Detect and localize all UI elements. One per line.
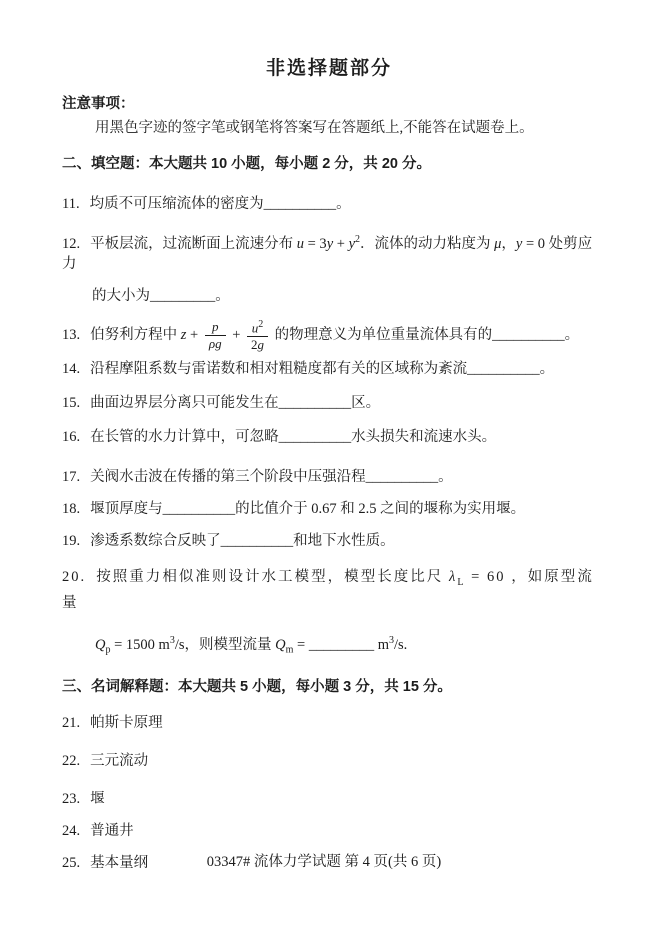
question-row: 22.三元流动 (62, 751, 596, 771)
question-number: 15. (62, 395, 80, 411)
math-variable: y (327, 236, 333, 252)
page-footer: 03347# 流体力学试题 第 4 页(共 6 页) (0, 852, 648, 872)
page-title: 非选择题部分 (62, 56, 596, 82)
math-suberscript: m (286, 645, 294, 656)
math-variable: g (258, 337, 265, 352)
term-questions: 21.帕斯卡原理22.三元流动23.堰24.普通井25.基本量纲 (62, 713, 596, 873)
question-row: 20.按照重力相似准则设计水工模型，模型长度比尺 λL = 60 ，如原型流量Q… (62, 567, 596, 661)
question-row: 16.在长管的水力计算中，可忽略__________水头损失和流速水头。 (62, 427, 596, 447)
math-variable: Q (95, 637, 105, 653)
question-line: 16.在长管的水力计算中，可忽略__________水头损失和流速水头。 (62, 427, 596, 447)
question-line: 13.伯努利方程中 z + pρg + u22g 的物理意义为单位重量流体具有的… (62, 320, 596, 352)
math-variable: Q (275, 637, 285, 653)
math-superscript: 2 (355, 234, 360, 245)
question-line: 20.按照重力相似准则设计水工模型，模型长度比尺 λL = 60 ，如原型流量 (62, 567, 596, 613)
math-fraction: u22g (247, 320, 268, 352)
question-number: 14. (62, 361, 80, 377)
notes-body: 用黑色字迹的签字笔或钢笔将答案写在答题纸上,不能答在试题卷上。 (62, 118, 596, 138)
question-line: 23.堰 (62, 789, 596, 809)
fill-blank-questions: 11.均质不可压缩流体的密度为__________。12.平板层流，过流断面上流… (62, 194, 596, 661)
question-row: 14.沿程摩阻系数与雷诺数和相对粗糙度都有关的区域称为紊流__________。 (62, 359, 596, 379)
math-suberscript: L (457, 577, 465, 588)
question-row: 15.曲面边界层分离只可能发生在__________区。 (62, 393, 596, 413)
question-row: 24.普通井 (62, 821, 596, 841)
question-number: 13. (62, 327, 80, 343)
question-number: 18. (62, 501, 80, 517)
math-variable: μ (494, 236, 501, 252)
question-line: 24.普通井 (62, 821, 596, 841)
question-number: 19. (62, 533, 80, 549)
math-superscript: 3 (170, 635, 175, 646)
question-row: 23.堰 (62, 789, 596, 809)
question-number: 23. (62, 791, 80, 807)
math-variable: u (297, 236, 304, 252)
question-row: 19.渗透系数综合反映了__________和地下水性质。 (62, 531, 596, 551)
question-number: 24. (62, 823, 80, 839)
math-fraction: pρg (205, 320, 226, 350)
question-number: 20. (62, 569, 86, 585)
question-line: 14.沿程摩阻系数与雷诺数和相对粗糙度都有关的区域称为紊流__________。 (62, 359, 596, 379)
question-row: 11.均质不可压缩流体的密度为__________。 (62, 194, 596, 214)
question-line: 的大小为_________。 (62, 286, 596, 306)
question-line: 15.曲面边界层分离只可能发生在__________区。 (62, 393, 596, 413)
question-row: 17.关阀水击波在传播的第三个阶段中压强沿程__________。 (62, 467, 596, 487)
section-heading-fill-blank: 二、填空题：本大题共 10 小题，每小题 2 分，共 20 分。 (62, 154, 596, 174)
math-variable: y (516, 236, 522, 252)
question-row: 13.伯努利方程中 z + pρg + u22g 的物理意义为单位重量流体具有的… (62, 320, 596, 352)
question-number: 17. (62, 469, 80, 485)
math-variable: ρg (209, 336, 222, 351)
math-suberscript: p (105, 645, 110, 656)
question-line: 22.三元流动 (62, 751, 596, 771)
question-row: 21.帕斯卡原理 (62, 713, 596, 733)
question-line: 11.均质不可压缩流体的密度为__________。 (62, 194, 596, 214)
question-number: 22. (62, 753, 80, 769)
question-line: 21.帕斯卡原理 (62, 713, 596, 733)
section-heading-terms: 三、名词解释题：本大题共 5 小题，每小题 3 分，共 15 分。 (62, 677, 596, 697)
question-line: 12.平板层流，过流断面上流速分布 u = 3y + y2．流体的动力粘度为 μ… (62, 230, 596, 274)
math-variable: z (181, 327, 187, 343)
math-variable: p (212, 319, 219, 334)
question-line: Qp = 1500 m3/s，则模型流量 Qm = _________ m3/s… (62, 631, 596, 661)
question-row: 18.堰顶厚度与__________的比值介于 0.67 和 2.5 之间的堰称… (62, 499, 596, 519)
question-row: 12.平板层流，过流断面上流速分布 u = 3y + y2．流体的动力粘度为 μ… (62, 230, 596, 306)
question-number: 12. (62, 236, 80, 252)
question-line: 18.堰顶厚度与__________的比值介于 0.67 和 2.5 之间的堰称… (62, 499, 596, 519)
question-line: 17.关阀水击波在传播的第三个阶段中压强沿程__________。 (62, 467, 596, 487)
notes-heading: 注意事项： (62, 94, 596, 114)
math-superscript: 2 (258, 319, 263, 330)
exam-page: 非选择题部分 注意事项： 用黑色字迹的签字笔或钢笔将答案写在答题纸上,不能答在试… (0, 0, 648, 927)
question-number: 21. (62, 715, 80, 731)
question-number: 16. (62, 429, 80, 445)
math-superscript: 3 (389, 635, 394, 646)
question-line: 19.渗透系数综合反映了__________和地下水性质。 (62, 531, 596, 551)
question-number: 11. (62, 196, 80, 212)
